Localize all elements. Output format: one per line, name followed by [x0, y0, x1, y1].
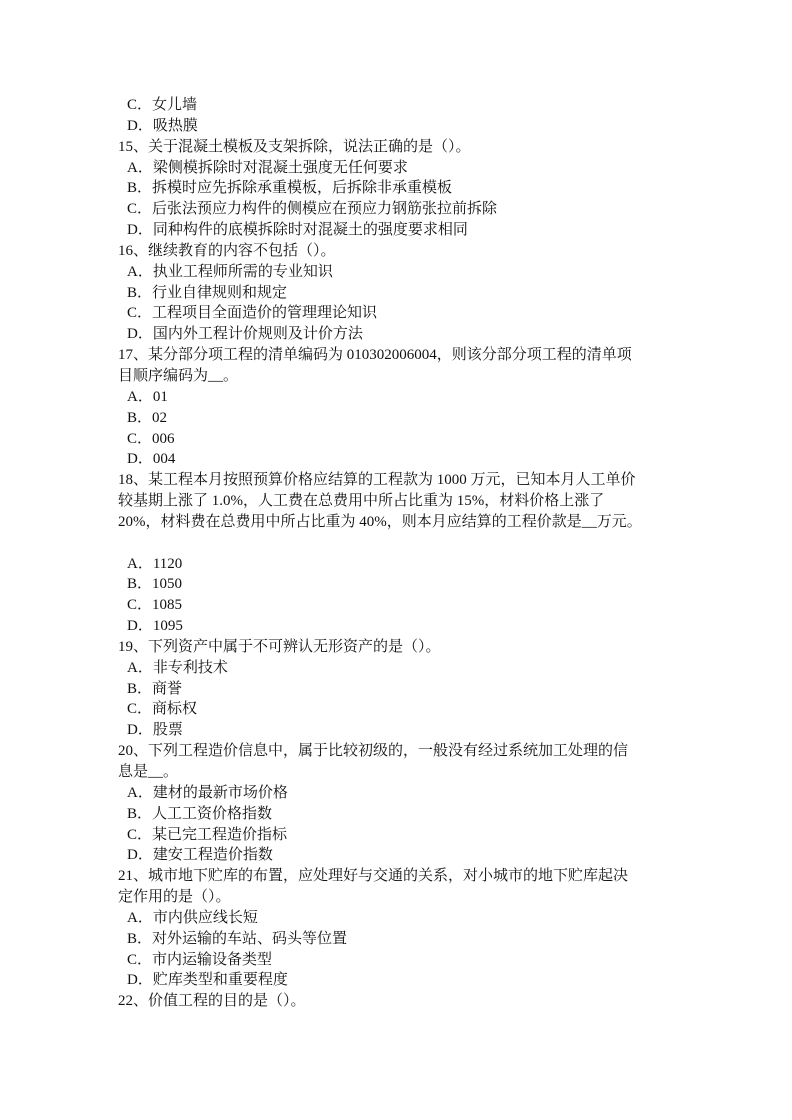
question-20-line2: 息是__。	[118, 762, 678, 783]
blank-line	[118, 533, 678, 554]
option-14d: D．吸热膜	[118, 116, 678, 137]
option-18b: B．1050	[118, 574, 678, 595]
question-19: 19、下列资产中属于不可辨认无形资产的是（）。	[118, 637, 678, 658]
question-16: 16、继续教育的内容不包括（）。	[118, 241, 678, 262]
document-page: C．女儿墙 D．吸热膜 15、关于混凝土模板及支架拆除，说法正确的是（）。 A．…	[118, 95, 678, 1012]
option-18c: C．1085	[118, 595, 678, 616]
question-21-line1: 21、城市地下贮库的布置，应处理好与交通的关系，对小城市的地下贮库起决	[118, 866, 678, 887]
option-19c: C．商标权	[118, 699, 678, 720]
option-21d: D．贮库类型和重要程度	[118, 970, 678, 991]
option-21c: C．市内运输设备类型	[118, 950, 678, 971]
question-18-line1: 18、某工程本月按照预算价格应结算的工程款为 1000 万元，已知本月人工单价	[118, 470, 678, 491]
option-18d: D．1095	[118, 616, 678, 637]
option-20a: A．建材的最新市场价格	[118, 783, 678, 804]
option-15d: D．同种构件的底模拆除时对混凝土的强度要求相同	[118, 220, 678, 241]
question-17-line1: 17、某分部分项工程的清单编码为 010302006004，则该分部分项工程的清…	[118, 345, 678, 366]
option-17a: A．01	[118, 387, 678, 408]
option-21b: B．对外运输的车站、码头等位置	[118, 929, 678, 950]
option-15a: A．梁侧模拆除时对混凝土强度无任何要求	[118, 158, 678, 179]
question-21-line2: 定作用的是（）。	[118, 887, 678, 908]
option-18a: A．1120	[118, 554, 678, 575]
option-17d: D．004	[118, 449, 678, 470]
option-16a: A．执业工程师所需的专业知识	[118, 262, 678, 283]
option-16d: D．国内外工程计价规则及计价方法	[118, 324, 678, 345]
option-15b: B．拆模时应先拆除承重模板，后拆除非承重模板	[118, 178, 678, 199]
question-17-line2: 目顺序编码为__。	[118, 366, 678, 387]
option-16b: B．行业自律规则和规定	[118, 283, 678, 304]
option-16c: C．工程项目全面造价的管理理论知识	[118, 303, 678, 324]
option-20d: D．建安工程造价指数	[118, 845, 678, 866]
option-15c: C．后张法预应力构件的侧模应在预应力钢筋张拉前拆除	[118, 199, 678, 220]
option-19a: A．非专利技术	[118, 658, 678, 679]
question-15: 15、关于混凝土模板及支架拆除，说法正确的是（）。	[118, 137, 678, 158]
question-22: 22、价值工程的目的是（）。	[118, 991, 678, 1012]
question-18-line2: 较基期上涨了 1.0%，人工费在总费用中所占比重为 15%，材料价格上涨了	[118, 491, 678, 512]
question-20-line1: 20、下列工程造价信息中，属于比较初级的，一般没有经过系统加工处理的信	[118, 741, 678, 762]
option-19b: B．商誉	[118, 679, 678, 700]
option-17c: C．006	[118, 429, 678, 450]
question-18-line3: 20%，材料费在总费用中所占比重为 40%，则本月应结算的工程价款是__万元。	[118, 512, 678, 533]
option-20c: C．某已完工程造价指标	[118, 825, 678, 846]
option-17b: B．02	[118, 408, 678, 429]
option-21a: A．市内供应线长短	[118, 908, 678, 929]
option-20b: B．人工工资价格指数	[118, 804, 678, 825]
option-14c: C．女儿墙	[118, 95, 678, 116]
option-19d: D．股票	[118, 720, 678, 741]
